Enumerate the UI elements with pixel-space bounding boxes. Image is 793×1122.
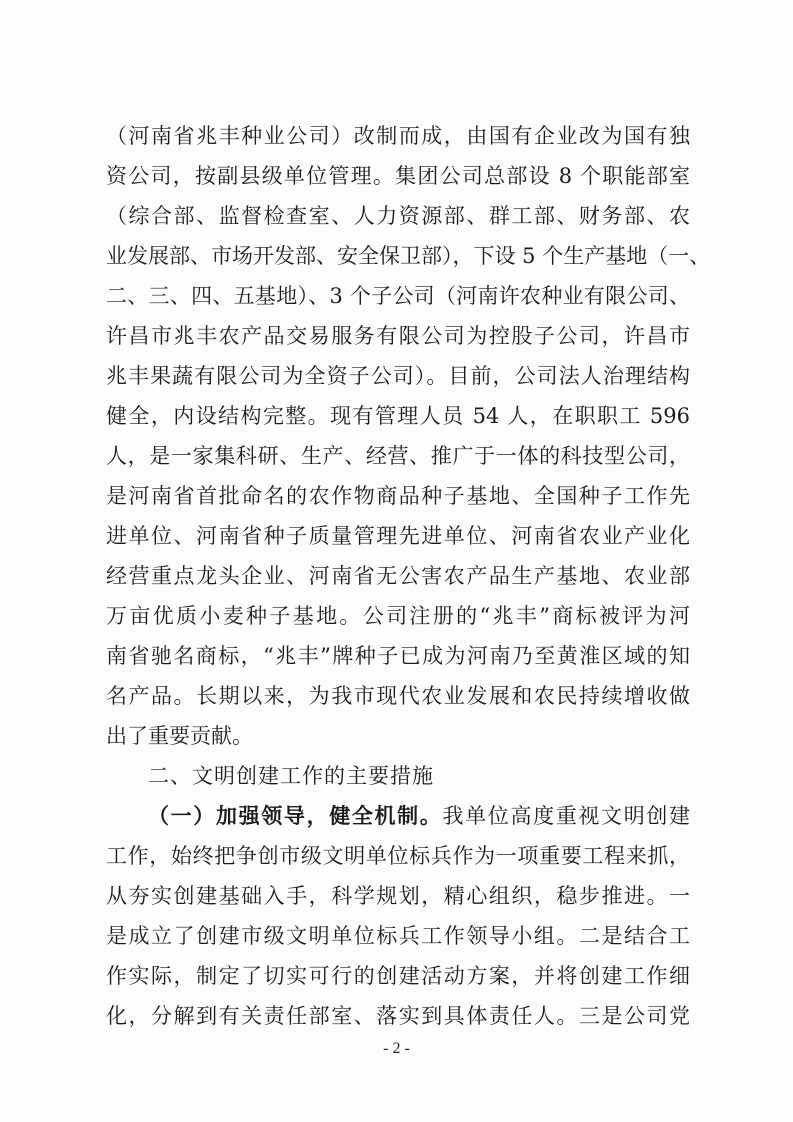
text-line: 资公司，按副县级单位管理。集团公司总部设 8 个职能部室 <box>106 156 690 196</box>
text-line: 健全，内设结构完整。现有管理人员 54 人，在职职工 596 <box>106 396 690 436</box>
text-line: 名产品。长期以来，为我市现代农业发展和农民持续增收做 <box>106 676 690 716</box>
text-line: 南省驰名商标，“兆丰”牌种子已成为河南乃至黄淮区域的知 <box>106 636 690 676</box>
section-heading: 二、文明创建工作的主要措施 <box>106 756 690 796</box>
text-line: （河南省兆丰种业公司）改制而成，由国有企业改为国有独 <box>106 116 690 156</box>
text-line-with-lead: （一）加强领导，健全机制。我单位高度重视文明创建 <box>106 796 690 836</box>
text-line: 经营重点龙头企业、河南省无公害农产品生产基地、农业部 <box>106 556 690 596</box>
document-page: （河南省兆丰种业公司）改制而成，由国有企业改为国有独 资公司，按副县级单位管理。… <box>0 0 793 1122</box>
paragraph-company-profile: （河南省兆丰种业公司）改制而成，由国有企业改为国有独 资公司，按副县级单位管理。… <box>106 116 690 756</box>
text-line: 兆丰果蔬有限公司为全资子公司）。目前，公司法人治理结构 <box>106 356 690 396</box>
text-line: 进单位、河南省种子质量管理先进单位、河南省农业产业化 <box>106 516 690 556</box>
paragraph-leadership-mechanism: （一）加强领导，健全机制。我单位高度重视文明创建 工作，始终把争创市级文明单位标… <box>106 796 690 1036</box>
text-line: 业发展部、市场开发部、安全保卫部），下设 5 个生产基地（一、 <box>106 236 690 276</box>
text-line: （综合部、监督检查室、人力资源部、群工部、财务部、农 <box>106 196 690 236</box>
text-line: 工作，始终把争创市级文明单位标兵作为一项重要工程来抓， <box>106 836 690 876</box>
text-line: 出了重要贡献。 <box>106 716 690 756</box>
text-line: 化，分解到有关责任部室、落实到具体责任人。三是公司党 <box>106 996 690 1036</box>
text-line: 作实际，制定了切实可行的创建活动方案，并将创建工作细 <box>106 956 690 996</box>
document-body: （河南省兆丰种业公司）改制而成，由国有企业改为国有独 资公司，按副县级单位管理。… <box>106 116 690 1036</box>
text-line: 许昌市兆丰农产品交易服务有限公司为控股子公司，许昌市 <box>106 316 690 356</box>
text-line: 人，是一家集科研、生产、经营、推广于一体的科技型公司， <box>106 436 690 476</box>
page-number: - 2 - <box>0 1040 793 1058</box>
text-line: 万亩优质小麦种子基地。公司注册的“兆丰”商标被评为河 <box>106 596 690 636</box>
subsection-lead: （一）加强领导，健全机制。 <box>148 803 442 828</box>
text-run: 我单位高度重视文明创建 <box>442 804 690 828</box>
text-line: 是河南省首批命名的农作物商品种子基地、全国种子工作先 <box>106 476 690 516</box>
text-line: 二、三、四、五基地）、3 个子公司（河南许农种业有限公司、 <box>106 276 690 316</box>
text-line: 从夯实创建基础入手，科学规划，精心组织，稳步推进。一 <box>106 876 690 916</box>
text-line: 是成立了创建市级文明单位标兵工作领导小组。二是结合工 <box>106 916 690 956</box>
